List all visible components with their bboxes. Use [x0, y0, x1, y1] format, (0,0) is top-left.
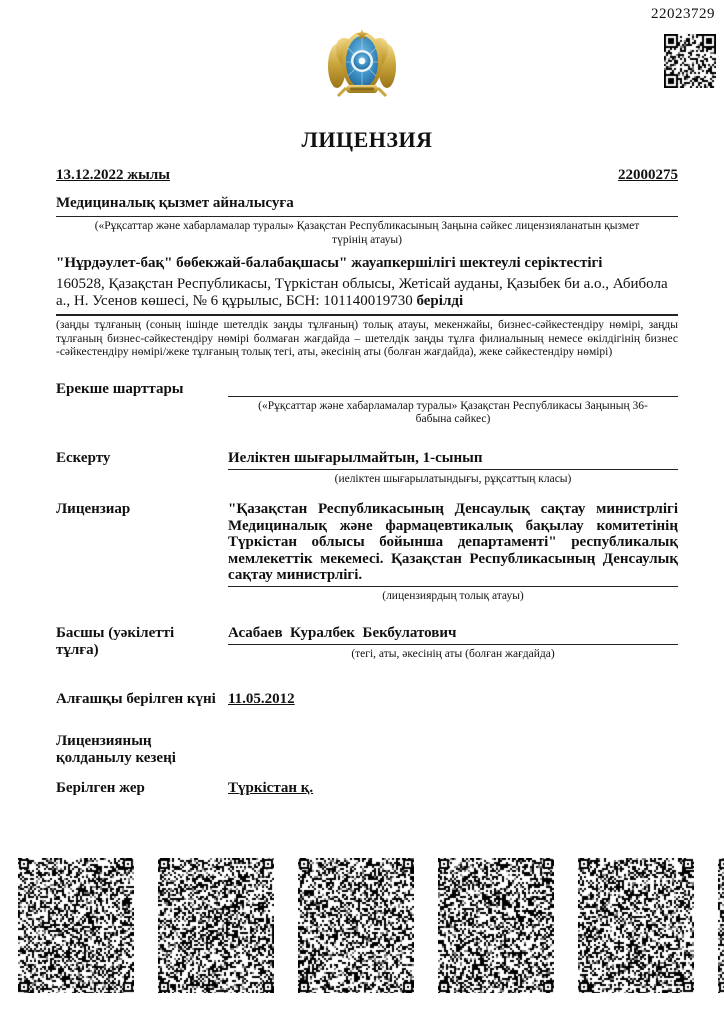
field-value: 11.05.2012 — [228, 691, 295, 707]
field-label: Алғашқы берілген күні — [56, 691, 228, 708]
barcode-strip — [0, 858, 724, 993]
field-value: Иеліктен шығарылмайтын, 1-сынып — [228, 450, 678, 470]
field-caption: (лицензиярдың толық атауы) — [228, 590, 678, 604]
licensee-address: 160528, Қазақстан Республикасы, Түркіста… — [56, 276, 678, 310]
field-validity-period: Лицензияның қолданылу кезеңі — [56, 733, 678, 767]
field-caption: (иеліктен шығарылатындығы, рұқсаттың кла… — [228, 473, 678, 487]
field-caption: (тегі, аты, әкесінің аты (болған жағдайд… — [228, 648, 678, 662]
field-label: Басшы (уәкілетті тұлға) — [56, 625, 228, 659]
fields-section: Ерекше шарттары («Рұқсаттар және хабарла… — [56, 381, 678, 797]
field-label: Берілген жер — [56, 780, 228, 797]
licensee-name: "Нұрдәулет-бақ" бөбекжай-балабақшасы" жа… — [56, 255, 678, 272]
field-first-issue-date: Алғашқы берілген күні 11.05.2012 — [56, 691, 678, 708]
field-special-terms: Ерекше шарттары («Рұқсаттар және хабарла… — [56, 381, 678, 427]
divider-thick — [56, 314, 678, 316]
activity-heading: Медициналық қызмет айналысуға — [56, 195, 678, 212]
field-caption: («Рұқсаттар және хабарламалар туралы» Қа… — [228, 400, 678, 427]
field-licensor: Лицензиар "Қазақстан Республикасының Ден… — [56, 501, 678, 603]
field-value: Түркістан қ. — [228, 780, 313, 796]
field-label: Лицензияның қолданылу кезеңі — [56, 733, 228, 767]
field-value: "Қазақстан Республикасының Денсаулық сақ… — [228, 501, 678, 587]
barcode-2d — [578, 858, 694, 993]
field-label: Ескерту — [56, 450, 228, 467]
page-title: ЛИЦЕНЗИЯ — [56, 127, 678, 153]
barcode-2d — [718, 858, 724, 993]
license-number: 22000275 — [618, 167, 678, 184]
field-label: Лицензиар — [56, 501, 228, 518]
barcode-2d — [298, 858, 414, 993]
barcode-2d — [438, 858, 554, 993]
issued-word: берілді — [416, 293, 463, 309]
field-issue-place: Берілген жер Түркістан қ. — [56, 780, 678, 797]
barcode-2d — [18, 858, 134, 993]
divider — [56, 216, 678, 217]
field-value: Асабаев Куралбек Бекбулатович — [228, 625, 678, 645]
field-head: Басшы (уәкілетті тұлға) Асабаев Куралбек… — [56, 625, 678, 662]
barcode-2d — [158, 858, 274, 993]
date-number-row: 13.12.2022 жылы 22000275 — [56, 167, 678, 184]
licensee-address-text: 160528, Қазақстан Республикасы, Түркіста… — [56, 276, 668, 309]
activity-caption: («Рұқсаттар және хабарламалар туралы» Қа… — [56, 220, 678, 247]
field-line — [228, 396, 678, 397]
field-label: Ерекше шарттары — [56, 381, 228, 398]
field-note: Ескерту Иеліктен шығарылмайтын, 1-сынып … — [56, 450, 678, 487]
licensee-caption: (заңды тұлғаның (соның ішінде шетелдік з… — [56, 319, 678, 360]
license-document: 22023729 ЛИЦЕНЗИЯ 13.12. — [0, 0, 724, 1024]
issue-date: 13.12.2022 жылы — [56, 167, 170, 184]
